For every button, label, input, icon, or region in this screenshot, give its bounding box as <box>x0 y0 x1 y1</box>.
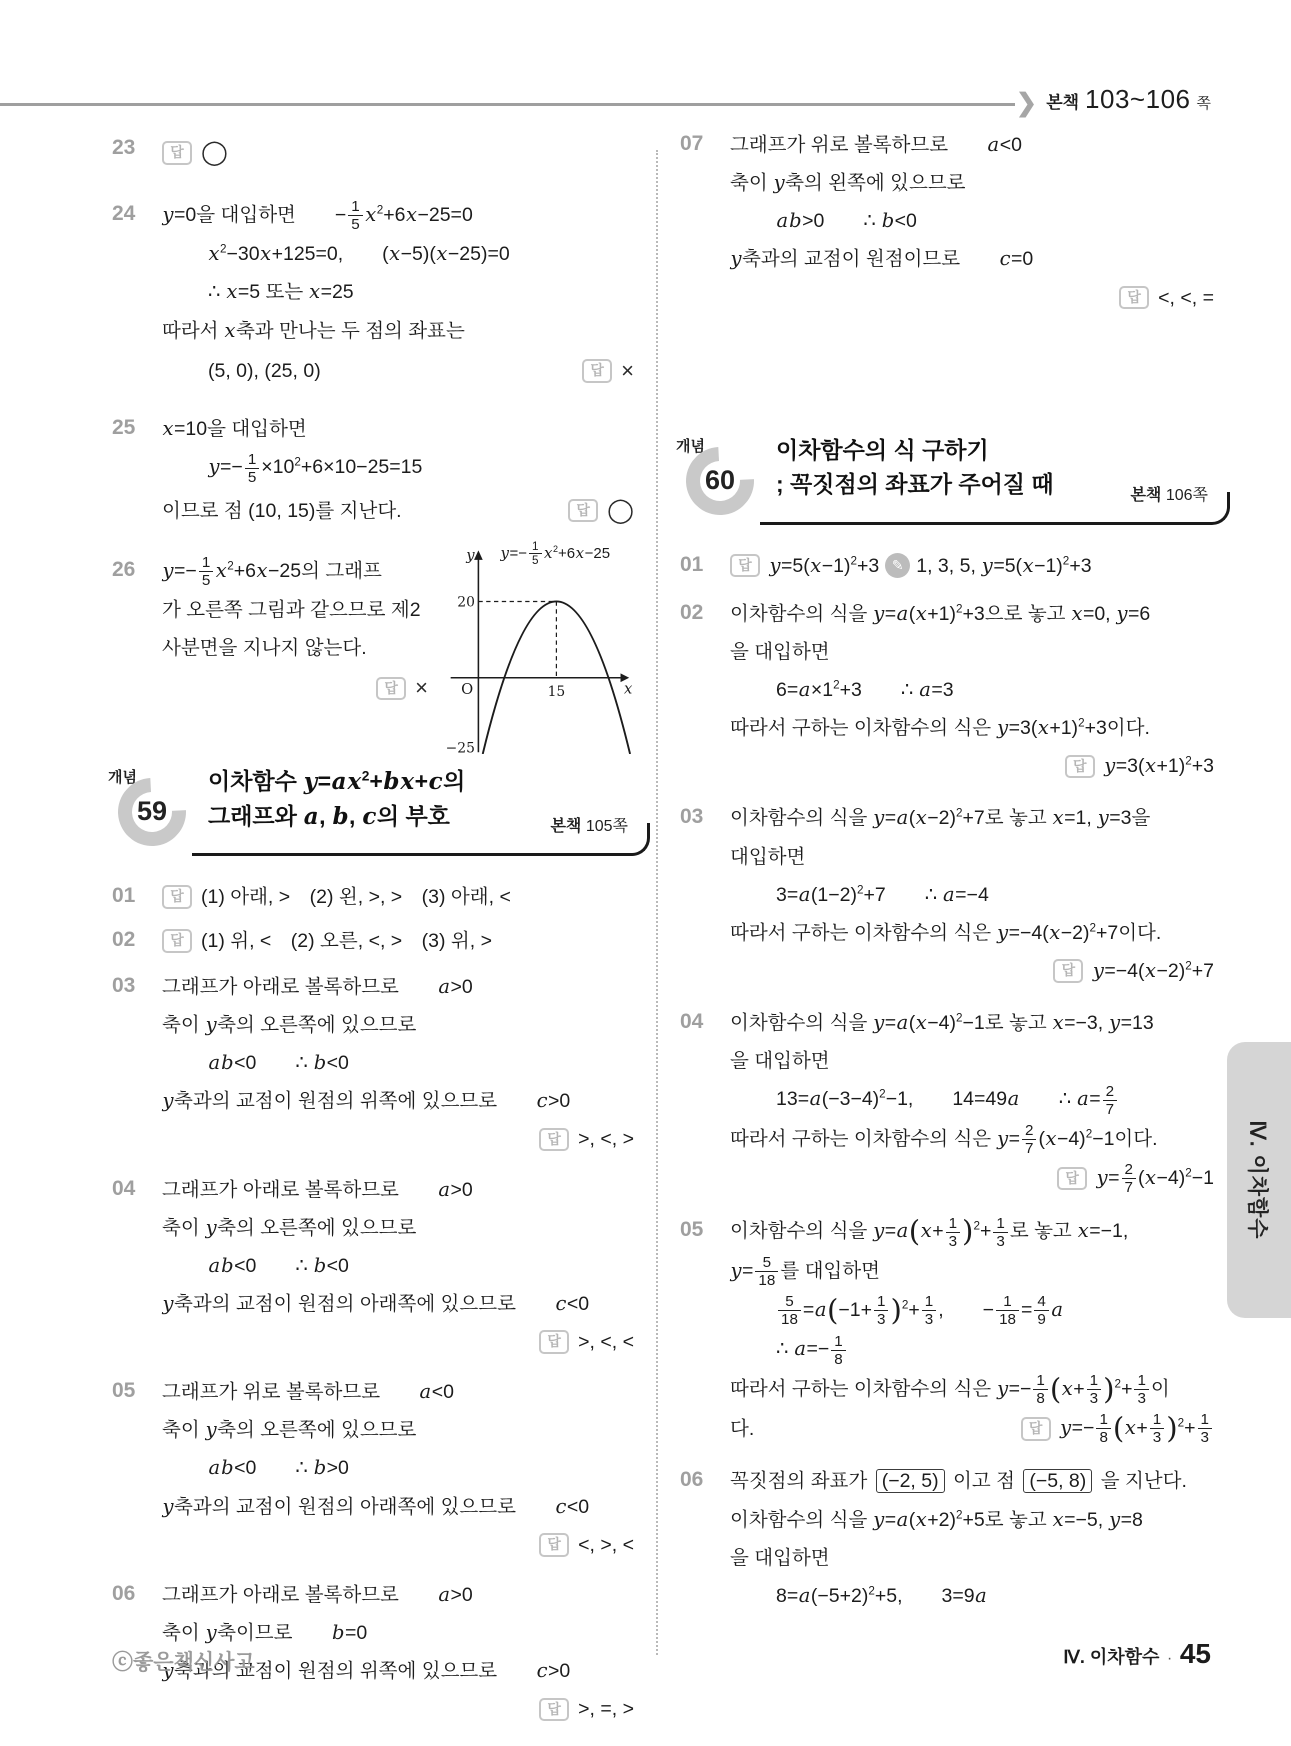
problem-25: 25 x=10을 대입하면 y=−15×102+6×10−25=15 이므로 점… <box>112 410 634 533</box>
solution-line: 그래프가 아래로 볼록하므로 a>0 <box>162 1171 634 1209</box>
x-axis-label: x <box>624 680 633 697</box>
answer-text: y=−18(x+13)2+13 <box>1060 1411 1214 1446</box>
answer-chip-icon: 답 <box>1119 286 1149 310</box>
solution-line: 그래프가 위로 볼록하므로 a<0 <box>730 126 1214 164</box>
textbook-answer-page: ❯ 본책 103~106 쪽 23 답 ◯ 24 y=0을 대입하면 −15x2… <box>0 0 1291 1746</box>
book-ref-label: 본책 <box>1046 88 1079 113</box>
left-column: 23 답 ◯ 24 y=0을 대입하면 −15x2+6x−25=0 x2−30x… <box>112 130 634 1728</box>
problem-07: 07 그래프가 위로 볼록하므로 a<0 축이 y축의 왼쪽에 있으므로 ab>… <box>680 126 1214 317</box>
answer-text: y=5(x−1)2+3 <box>769 549 879 583</box>
header-book-ref: 본책 103~106 쪽 <box>1046 84 1211 115</box>
curve-equation-label: y=−15x2+6x−25 <box>500 540 610 568</box>
header-rule <box>0 103 1015 106</box>
solution-line: x=10을 대입하면 <box>162 410 634 448</box>
solution-line: 따라서 구하는 이차함수의 식은 y=3(x+1)2+3이다. <box>730 709 1214 747</box>
answer-chip-icon: 답 <box>376 677 406 701</box>
answer-text: y=3(x+1)2+3 <box>1104 749 1214 783</box>
column-divider <box>656 150 658 1655</box>
solution-line: 그래프가 아래로 볼록하므로 a>0 <box>162 968 634 1006</box>
problem-26: 26 y=−15x2+6x−25의 그래프 가 오른쪽 그림과 같으므로 제2 … <box>112 552 634 754</box>
answer-chip-icon: 답 <box>162 141 192 165</box>
answer-chip-icon: 답 <box>539 1128 569 1152</box>
solution-line: 축이 y축의 왼쪽에 있으므로 <box>730 164 1214 202</box>
concept-rule <box>192 823 650 856</box>
solution-line: 3=a(1−2)2+7 ∴ a=−4 <box>730 876 1214 914</box>
solution-line: 따라서 x축과 만나는 두 점의 좌표는 <box>162 312 634 350</box>
problem-number: 01 <box>680 547 718 583</box>
answer-text: y=27(x−4)2−1 <box>1096 1161 1214 1196</box>
concept-box-59: 개념 59 이차함수 y=ax2+bx+c의 그래프와 a, b, c의 부호 … <box>112 764 634 852</box>
solution-line: 다. <box>730 1412 754 1446</box>
solution-line: ab<0 ∴ b>0 <box>162 1449 634 1487</box>
solution-line: 축이 y축의 오른쪽에 있으므로 <box>162 1209 634 1247</box>
answer-text: <, <, = <box>1158 281 1214 315</box>
solution-line: 꼭짓점의 좌표가 (−2, 5) 이고 점 (−5, 8) 을 지난다. <box>730 1462 1214 1500</box>
answer-chip-icon: 답 <box>539 1533 569 1557</box>
problem-60-02: 02 이차함수의 식을 y=a(x+1)2+3으로 놓고 x=0, y=6 을 … <box>680 595 1214 786</box>
solution-line: 이므로 점 (10, 15)를 지난다. <box>162 494 402 528</box>
solution-line: 13=a(−3−4)2−1, 14=49a ∴ a=27 <box>730 1080 1214 1119</box>
problem-number: 05 <box>680 1212 718 1248</box>
answer-text: <, >, < <box>578 1528 634 1562</box>
problem-number: 01 <box>112 878 150 914</box>
problem-number: 03 <box>680 799 718 835</box>
solution-line: y축과의 교점이 원점이므로 c=0 <box>730 240 1214 278</box>
problem-number: 07 <box>680 126 718 162</box>
solution-line: (5, 0), (25, 0) <box>208 354 321 388</box>
solution-line: 이차함수의 식을 y=a(x+1)2+3으로 놓고 x=0, y=6 <box>730 595 1214 633</box>
problem-60-03: 03 이차함수의 식을 y=a(x−2)2+7로 놓고 x=1, y=3을 대입… <box>680 799 1214 990</box>
solution-line: 이차함수의 식을 y=a(x+13)2+13로 놓고 x=−1, <box>730 1212 1214 1251</box>
answer-chip-icon: 답 <box>1053 959 1083 983</box>
problem-number: 25 <box>112 410 150 446</box>
y-axis-arrow <box>474 550 483 560</box>
problem-24: 24 y=0을 대입하면 −15x2+6x−25=0 x2−30x+125=0,… <box>112 196 634 392</box>
solution-line: y=518를 대입하면 <box>730 1252 1214 1291</box>
answer-chip-icon: 답 <box>582 359 612 383</box>
answer-chip-icon: 답 <box>162 885 192 909</box>
answer-mark: × <box>415 669 428 708</box>
solution-line: 6=a×12+3 ∴ a=3 <box>730 671 1214 709</box>
solution-line: ab<0 ∴ b<0 <box>162 1044 634 1082</box>
concept-rule <box>760 492 1230 525</box>
x-tick-15: 15 <box>548 684 566 700</box>
answer-chip-icon: 답 <box>539 1330 569 1354</box>
answer-chip-icon: 답 <box>1065 755 1095 779</box>
solution-line: x2−30x+125=0, (x−5)(x−25)=0 <box>162 235 634 273</box>
answer-text: (1) 아래, > (2) 왼, >, > (3) 아래, < <box>201 880 511 914</box>
answer-text: >, <, < <box>578 1325 634 1359</box>
answer-mark: ◯ <box>201 132 228 174</box>
solution-line: 을 대입하면 <box>730 633 1214 671</box>
answer-text: >, <, > <box>578 1122 634 1156</box>
solution-line: 이차함수의 식을 y=a(x−2)2+7로 놓고 x=1, y=3을 <box>730 799 1214 837</box>
problem-60-06: 06 꼭짓점의 좌표가 (−2, 5) 이고 점 (−5, 8) 을 지난다. … <box>680 1462 1214 1615</box>
problem-number: 26 <box>112 552 150 588</box>
solution-line: ab>0 ∴ b<0 <box>730 202 1214 240</box>
answer-text: >, =, > <box>578 1692 634 1726</box>
solution-line: y=−15x2+6x−25의 그래프 <box>162 552 442 591</box>
concept-title-line1: 이차함수 y=ax2+bx+c의 <box>208 764 634 800</box>
solution-line: 518=a(−1+13)2+13, −118=49a <box>730 1291 1214 1330</box>
solution-line: y=−15×102+6×10−25=15 <box>162 448 634 487</box>
solution-line: 을 대입하면 <box>730 1042 1214 1080</box>
solution-line: y=0을 대입하면 −15x2+6x−25=0 <box>162 196 634 235</box>
book-ref-pages: 103~106 <box>1085 84 1190 115</box>
solution-line: 8=a(−5+2)2+5, 3=9a <box>730 1577 1214 1615</box>
problem-59-01: 01 답 (1) 아래, > (2) 왼, >, > (3) 아래, < <box>112 878 634 916</box>
solution-line: 따라서 구하는 이차함수의 식은 y=−4(x−2)2+7이다. <box>730 914 1214 952</box>
footer-chapter: Ⅳ. 이차함수 <box>1063 1643 1159 1669</box>
parabola-graph: y=−15x2+6x−25 y x O 20 <box>442 546 637 754</box>
concept-title-line1: 이차함수의 식 구하기 <box>776 433 1214 468</box>
answer-text: y=−4(x−2)2+7 <box>1092 954 1214 988</box>
solution-line: 축이 y축의 오른쪽에 있으므로 <box>162 1006 634 1044</box>
solution-line: ∴ a=−18 <box>730 1330 1214 1369</box>
problem-number: 02 <box>680 595 718 631</box>
answer-chip-icon: 답 <box>539 1698 569 1722</box>
answer-chip-icon: 답 <box>730 554 760 578</box>
solution-line: 이차함수의 식을 y=a(x+2)2+5로 놓고 x=−5, y=8 <box>730 1501 1214 1539</box>
solution-line: ∴ x=5 또는 x=25 <box>162 273 634 311</box>
solution-line: 따라서 구하는 이차함수의 식은 y=27(x−4)2−1이다. <box>730 1120 1214 1159</box>
problem-number: 04 <box>680 1004 718 1040</box>
answer-mark: × <box>621 352 634 391</box>
problem-60-05: 05 이차함수의 식을 y=a(x+13)2+13로 놓고 x=−1, y=51… <box>680 1212 1214 1448</box>
parabola-graph-svg: y x O 20 15 −25 <box>442 546 637 754</box>
problem-23: 23 답 ◯ <box>112 130 634 176</box>
problem-number: 02 <box>112 922 150 958</box>
footer-page-number: 45 <box>1180 1638 1211 1670</box>
y-tick-20: 20 <box>457 594 475 610</box>
problem-number: 06 <box>680 1462 718 1498</box>
problem-number: 06 <box>112 1576 150 1612</box>
y-tick-minus25: −25 <box>446 740 475 754</box>
book-ref-suffix: 쪽 <box>1197 92 1212 113</box>
origin-label: O <box>461 681 473 698</box>
problem-number: 24 <box>112 196 150 232</box>
solution-line: y축과의 교점이 원점의 아래쪽에 있으므로 c<0 <box>162 1285 634 1323</box>
solution-line: ab<0 ∴ b<0 <box>162 1247 634 1285</box>
solution-line: 그래프가 아래로 볼록하므로 a>0 <box>162 1576 634 1614</box>
chapter-side-tab: Ⅳ. 이차함수 <box>1227 1042 1291 1318</box>
solution-line: 가 오른쪽 그림과 같으므로 제2 <box>162 591 442 629</box>
pencil-icon: ✎ <box>885 553 910 578</box>
right-column: 07 그래프가 위로 볼록하므로 a<0 축이 y축의 왼쪽에 있으므로 ab>… <box>680 126 1214 1615</box>
problem-59-04: 04 그래프가 아래로 볼록하므로 a>0 축이 y축의 오른쪽에 있으므로 a… <box>112 1171 634 1362</box>
solution-line: 축이 y축의 오른쪽에 있으므로 <box>162 1411 634 1449</box>
answer-chip-icon: 답 <box>1021 1417 1051 1441</box>
problem-59-05: 05 그래프가 위로 볼록하므로 a<0 축이 y축의 오른쪽에 있으므로 ab… <box>112 1373 634 1564</box>
footer-page-info: Ⅳ. 이차함수 ∙ 45 <box>1063 1638 1211 1670</box>
answer-chip-icon: 답 <box>1057 1167 1087 1191</box>
solution-line: 대입하면 <box>730 838 1214 876</box>
solution-line: 그래프가 위로 볼록하므로 a<0 <box>162 1373 634 1411</box>
answer-mark: ◯ <box>607 490 634 532</box>
problem-number: 04 <box>112 1171 150 1207</box>
header-arrow-icon: ❯ <box>1016 88 1037 118</box>
solution-line: 사분면을 지나지 않는다. <box>162 629 442 667</box>
answer-text: (1) 위, < (2) 오른, <, > (3) 위, > <box>201 924 492 958</box>
solution-line: y축과의 교점이 원점의 위쪽에 있으므로 c>0 <box>162 1082 634 1120</box>
problem-60-01: 01 답 y=5(x−1)2+3 ✎ 1, 3, 5, y=5(x−1)2+3 <box>680 547 1214 585</box>
problem-59-03: 03 그래프가 아래로 볼록하므로 a>0 축이 y축의 오른쪽에 있으므로 a… <box>112 968 634 1159</box>
problem-59-02: 02 답 (1) 위, < (2) 오른, <, > (3) 위, > <box>112 922 634 960</box>
concept-box-60: 개념 60 이차함수의 식 구하기 ; 꼭짓점의 좌표가 주어질 때 본책 10… <box>680 433 1214 521</box>
solution-line: 이차함수의 식을 y=a(x−4)2−1로 놓고 x=−3, y=13 <box>730 1004 1214 1042</box>
publisher-logo: ⓒ좋은책신사고 <box>112 1646 255 1676</box>
problem-number: 05 <box>112 1373 150 1409</box>
problem-number: 23 <box>112 130 150 166</box>
y-axis-label: y <box>465 547 475 564</box>
solution-line: y축과의 교점이 원점의 아래쪽에 있으므로 c<0 <box>162 1488 634 1526</box>
problem-60-04: 04 이차함수의 식을 y=a(x−4)2−1로 놓고 x=−3, y=13 을… <box>680 1004 1214 1198</box>
concept-number: 59 <box>118 778 186 846</box>
chapter-side-tab-label: Ⅳ. 이차함수 <box>1244 1120 1274 1239</box>
solution-line: 을 대입하면 <box>730 1539 1214 1577</box>
concept-number: 60 <box>686 447 754 515</box>
answer-chip-icon: 답 <box>568 499 598 523</box>
process-note: 1, 3, 5, y=5(x−1)2+3 <box>916 549 1091 583</box>
answer-chip-icon: 답 <box>162 929 192 953</box>
footer-dot: ∙ <box>1167 1650 1171 1668</box>
problem-number: 03 <box>112 968 150 1004</box>
solution-line: 따라서 구하는 이차함수의 식은 y=−18(x+13)2+13이 <box>730 1370 1214 1409</box>
